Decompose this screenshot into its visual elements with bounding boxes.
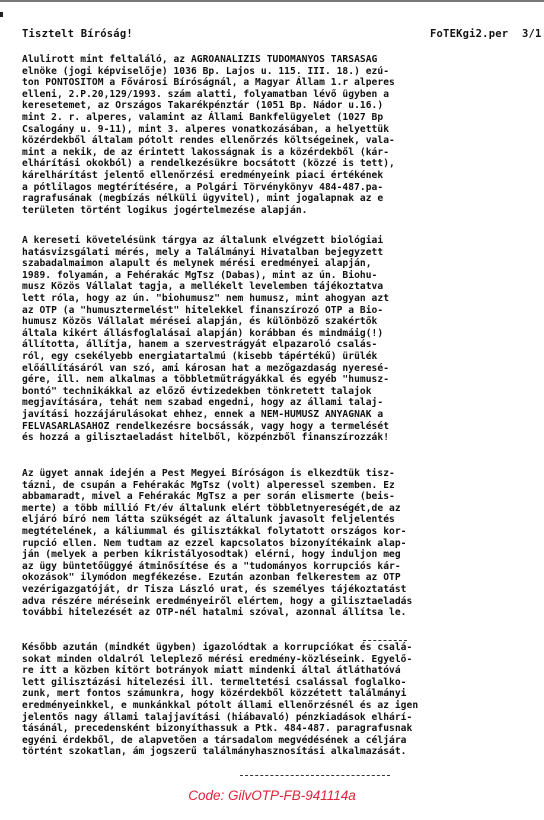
document-filename: FoTEKgi2.per (430, 28, 508, 40)
paragraph-claim-clarification: Alulirott mint feltaláló, az AGROANALIZI… (22, 54, 522, 216)
text-line: ragrafusának (megbízás nélküli ügyvitel)… (22, 193, 522, 205)
salutation: Tisztelt Bíróság! (22, 28, 133, 40)
handwritten-underline (240, 775, 390, 777)
text-line: 1989. folyamán, a Fehérakác MgTsz (Dabas… (22, 270, 522, 282)
text-line: közérdekből általam pótolt rendes ellenő… (22, 135, 522, 147)
text-line: a pótlilagos megtérítésére, a Polgári Tö… (22, 182, 522, 194)
text-line: merte) a több millió Ft/év általunk elér… (22, 503, 522, 515)
text-line: Később azután (mindkét ügyben) igazolódt… (22, 642, 522, 654)
text-line: szabadalmaimon alapult és melynek mérési… (22, 258, 522, 270)
text-line: egyéni érdekből, de alapvetően a társada… (22, 735, 522, 747)
text-line: területen történt logikus jogértelmezése… (22, 205, 522, 217)
text-line: javítási hozzájárulásokat ehhez, ennek a… (22, 409, 522, 421)
text-line: gére, ill. nem alkalmas a többletműtrágy… (22, 374, 522, 386)
text-line: további hitelezését az OTP-nél hatalmi s… (22, 607, 522, 619)
text-line: ról, egy csekélyebb energiatartalmú (kis… (22, 351, 522, 363)
text-line: ton PONTOSITOM a Fővárosi Bíróságnál, a … (22, 77, 522, 89)
text-line: zunk, mert fontos számunkra, hogy közérd… (22, 688, 522, 700)
text-line: abbamaradt, mivel a Fehérakác MgTsz a pe… (22, 491, 522, 503)
text-line: okozások" ilymódon megfékezése. Ezután a… (22, 572, 522, 584)
text-line: lett gilisztázási hitelezési ill. termel… (22, 677, 522, 689)
text-line: elnöke (jogi képviselője) 1036 Bp. Lajos… (22, 66, 522, 78)
text-line: jelentős nagy állami talajjavítási (hiáb… (22, 712, 522, 724)
text-line: kárelhárítást jelentő ellenőrzési eredmé… (22, 170, 522, 182)
text-line: és hozzá a gilisztaeladást hitelből, köz… (22, 432, 522, 444)
text-line: hatásvizsgálati mérés, mely a Találmányi… (22, 247, 522, 259)
text-line: humusz Közös Vállalat mérései alapján, é… (22, 316, 522, 328)
text-line: keresetemet, az Országos Takarékpénztár … (22, 100, 522, 112)
text-line: tásánál, precedensként bizonyíthassuk a … (22, 723, 522, 735)
letter-header: Tisztelt Bíróság! FoTEKgi2.per 3/1. (22, 28, 542, 42)
text-line: Csalogány u. 9-11), mint 3. alperes vona… (22, 124, 522, 136)
text-line: vezérigazgatóját, dr Tisza László urat, … (22, 584, 522, 596)
text-line: állította, állítja, hanem a szervestrágy… (22, 339, 522, 351)
text-line: mint a nekik, de az érintett lakosságnak… (22, 147, 522, 159)
code-stamp: Code: GilvOTP-FB-941114a (0, 788, 544, 803)
handwritten-underline (363, 640, 407, 642)
text-line: az OTP (a "humusztermelést" hitelekkel f… (22, 305, 522, 317)
text-line: elleni, 2.P.20,129/1993. szám alatti, fo… (22, 89, 522, 101)
text-line: bontó" technikákkal az előző évtizedekbe… (22, 386, 522, 398)
paragraph-case-history: Az ügyet annak idején a Pest Megyei Bíró… (22, 468, 522, 619)
page-number: 3/1. (522, 28, 544, 40)
scan-artifact-mark (0, 12, 3, 17)
paragraph-conclusion: Később azután (mindkét ügyben) igazolódt… (22, 642, 522, 758)
text-line: megjavítására, tehát nem szabad engedni,… (22, 397, 522, 409)
text-line: FELVASARLASAHOZ rendelkezésre bocsássák,… (22, 421, 522, 433)
paragraph-claim-subject: A kereseti követelésünk tárgya az általu… (22, 235, 522, 444)
text-line: megtételének, a káliummal és gilisztákka… (22, 526, 522, 538)
text-line: re itt a közben kitört botrányok miatt m… (22, 665, 522, 677)
text-line: A kereseti követelésünk tárgya az általu… (22, 235, 522, 247)
text-line: tázni, de csupán a Fehérakác MgTsz (volt… (22, 480, 522, 492)
text-line: eljáró bíró nem látta szükségét az által… (22, 514, 522, 526)
text-line: eredményeinkkel, e munkánkkal pótolt áll… (22, 700, 522, 712)
text-line: elhárítási okokból) a rendelkezésükre bo… (22, 158, 522, 170)
text-line: Alulirott mint feltaláló, az AGROANALIZI… (22, 54, 522, 66)
text-line: általa kikért állásfoglalásai alapján) k… (22, 328, 522, 340)
text-line: az ügy büntetőüggyé átminősítése és a "t… (22, 561, 522, 573)
text-line: rupció ellen. Nem tudtam az ezzel kapcso… (22, 538, 522, 550)
text-line: előállításáról van szó, ami károsan hat … (22, 363, 522, 375)
text-line: adva részére méréseink eredményeiről elé… (22, 596, 522, 608)
text-line: musz Közös Vállalat tagja, a mellékelt l… (22, 281, 522, 293)
scan-top-edge (0, 0, 544, 2)
text-line: sokat minden oldalról leleplező mérési e… (22, 654, 522, 666)
text-line: történt szokatlan, ám jogszerű találmány… (22, 746, 522, 758)
text-line: lett róla, hogy az ún. "biohumusz" nem h… (22, 293, 522, 305)
text-line: Az ügyet annak idején a Pest Megyei Bíró… (22, 468, 522, 480)
text-line: ján (melyek a perben kikristályosodtak) … (22, 549, 522, 561)
text-line: mint 2. r. alperes, valamint az Állami B… (22, 112, 522, 124)
